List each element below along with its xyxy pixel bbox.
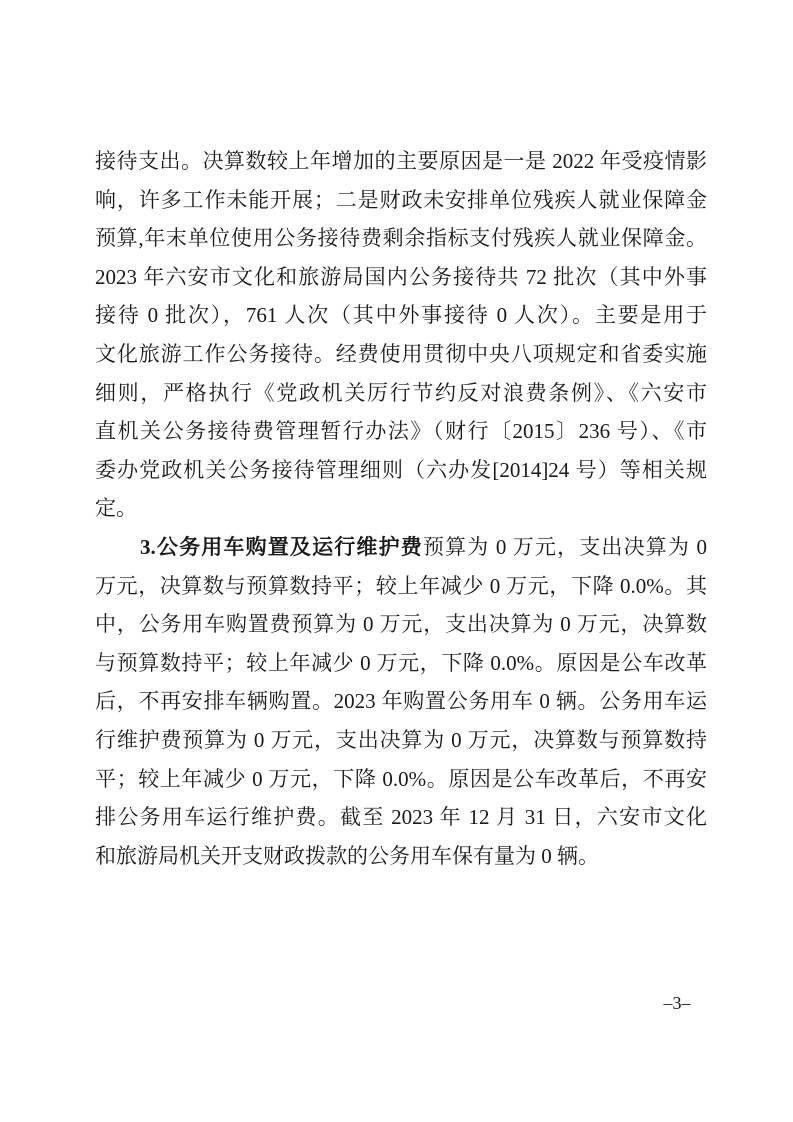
text-line: 2023 年六安市文化和旅游局国内公务接待共 72 批次（其中外事 xyxy=(95,258,707,297)
text-line: 行维护费预算为 0 万元，支出决算为 0 万元，决算数与预算数持 xyxy=(95,721,707,760)
page-number: –3– xyxy=(642,989,712,1017)
text-line: 直机关公务接待费管理暂行办法》（财行〔2015〕236 号）、《市 xyxy=(95,412,707,451)
text-line: 万元，决算数与预算数持平；较上年减少 0 万元，下降 0.0%。其 xyxy=(95,567,707,606)
bold-heading-run: 3.公务用车购置及运行维护费 xyxy=(140,535,423,559)
text-line: 排公务用车运行维护费。截至 2023 年 12 月 31 日，六安市文化 xyxy=(95,798,707,837)
text-line: 和旅游局机关开支财政拨款的公务用车保有量为 0 辆。 xyxy=(95,837,707,876)
document-body: 接待支出。决算数较上年增加的主要原因是一是 2022 年受疫情影响，许多工作未能… xyxy=(95,142,707,875)
text-line: 接待 0 批次），761 人次（其中外事接待 0 人次）。主要是用于 xyxy=(95,296,707,335)
text-line: 中，公务用车购置费预算为 0 万元，支出决算为 0 万元，决算数 xyxy=(95,605,707,644)
text-line: 文化旅游工作公务接待。经费使用贯彻中央八项规定和省委实施 xyxy=(95,335,707,374)
text-line: 委办党政机关公务接待管理细则（六办发[2014]24 号）等相关规 xyxy=(95,451,707,490)
text-line: 定。 xyxy=(95,489,707,528)
text-line: 3.公务用车购置及运行维护费预算为 0 万元，支出决算为 0 xyxy=(95,528,707,567)
text-line: 平；较上年减少 0 万元，下降 0.0%。原因是公车改革后，不再安 xyxy=(95,760,707,799)
text-line: 后，不再安排车辆购置。2023 年购置公务用车 0 辆。公务用车运 xyxy=(95,682,707,721)
text-line: 响，许多工作未能开展；二是财政未安排单位残疾人就业保障金 xyxy=(95,181,707,220)
text-line: 接待支出。决算数较上年增加的主要原因是一是 2022 年受疫情影 xyxy=(95,142,707,181)
text-line: 与预算数持平；较上年减少 0 万元，下降 0.0%。原因是公车改革 xyxy=(95,644,707,683)
text-line: 细则，严格执行《党政机关厉行节约反对浪费条例》、《六安市 xyxy=(95,374,707,413)
document-page: 接待支出。决算数较上年增加的主要原因是一是 2022 年受疫情影响，许多工作未能… xyxy=(0,0,793,1122)
text-line: 预算,年末单位使用公务接待费剩余指标支付残疾人就业保障金。 xyxy=(95,219,707,258)
